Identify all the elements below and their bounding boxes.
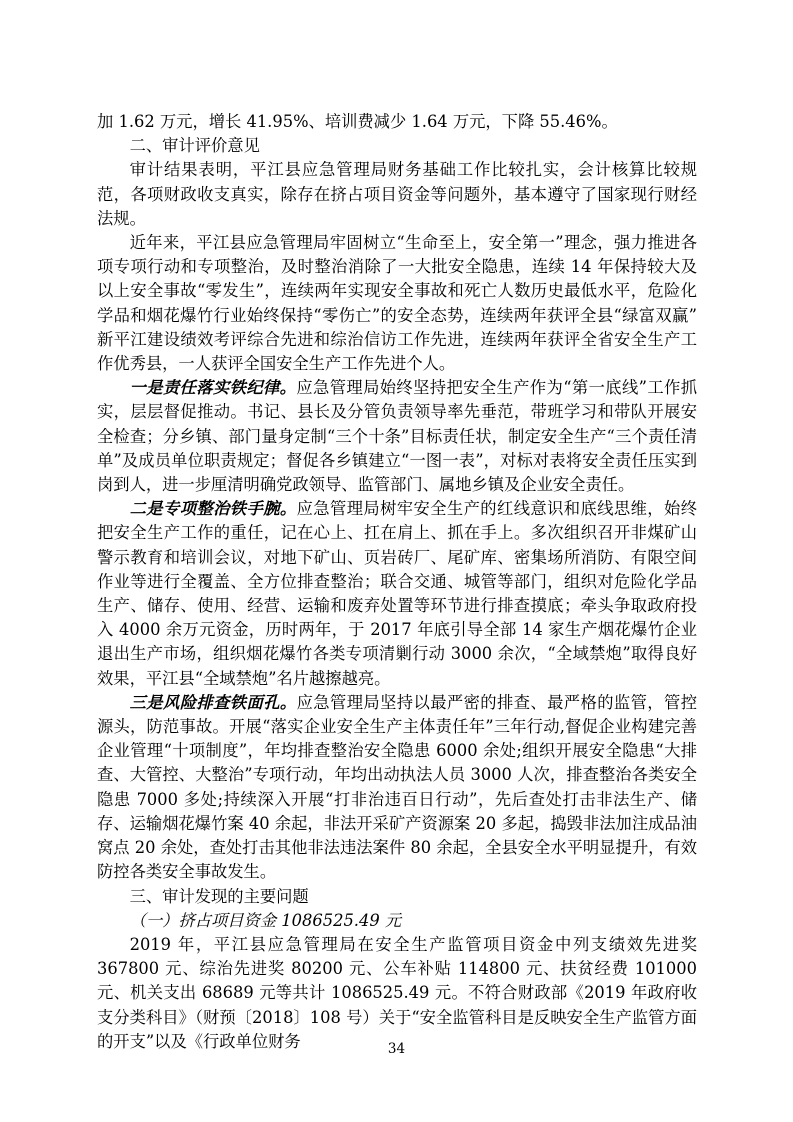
paragraph-problem-detail: 2019 年，平江县应急管理局在安全生产监管项目资金中列支绩效先进奖 36780…	[97, 933, 697, 1054]
paragraph-lead-bold: 一是责任落实铁纪律。	[130, 378, 297, 397]
paragraph-point-1: 一是责任落实铁纪律。应急管理局始终坚持把安全生产作为“第一底线”工作抓实，层层督…	[97, 376, 697, 497]
paragraph-text: 应急管理局坚持以最严密的排查、最严格的监管，管控源头，防范事故。开展“落实企业安…	[97, 693, 697, 881]
paragraph-lead-bold: 三是风险排查铁面孔。	[130, 693, 297, 712]
paragraph-continuation: 加 1.62 万元，增长 41.95%、培训费减少 1.64 万元，下降 55.…	[97, 110, 697, 134]
section-heading-audit-opinion: 二、审计评价意见	[97, 134, 697, 158]
paragraph-text: 应急管理局树牢安全生产的红线意识和底线思维，始终把安全生产工作的重任，记在心上、…	[97, 499, 697, 687]
paragraph-lead-bold: 二是专项整治铁手腕。	[130, 499, 297, 518]
section-heading-problems: 三、审计发现的主要问题	[97, 885, 697, 909]
subsection-heading-misappropriated-funds: （一）挤占项目资金 1086525.49 元	[97, 909, 697, 933]
page-number: 34	[0, 1040, 793, 1058]
paragraph-point-2: 二是专项整治铁手腕。应急管理局树牢安全生产的红线意识和底线思维，始终把安全生产工…	[97, 497, 697, 691]
document-body: 加 1.62 万元，增长 41.95%、培训费减少 1.64 万元，下降 55.…	[97, 110, 697, 1054]
paragraph-opinion-summary: 审计结果表明，平江县应急管理局财务基础工作比较扎实，会计核算比较规范，各项财政收…	[97, 158, 697, 231]
paragraph-opinion-achievements: 近年来，平江县应急管理局牢固树立“生命至上，安全第一”理念，强力推进各项专项行动…	[97, 231, 697, 376]
document-page: 加 1.62 万元，增长 41.95%、培训费减少 1.64 万元，下降 55.…	[0, 0, 793, 1122]
paragraph-point-3: 三是风险排查铁面孔。应急管理局坚持以最严密的排查、最严格的监管，管控源头，防范事…	[97, 691, 697, 885]
